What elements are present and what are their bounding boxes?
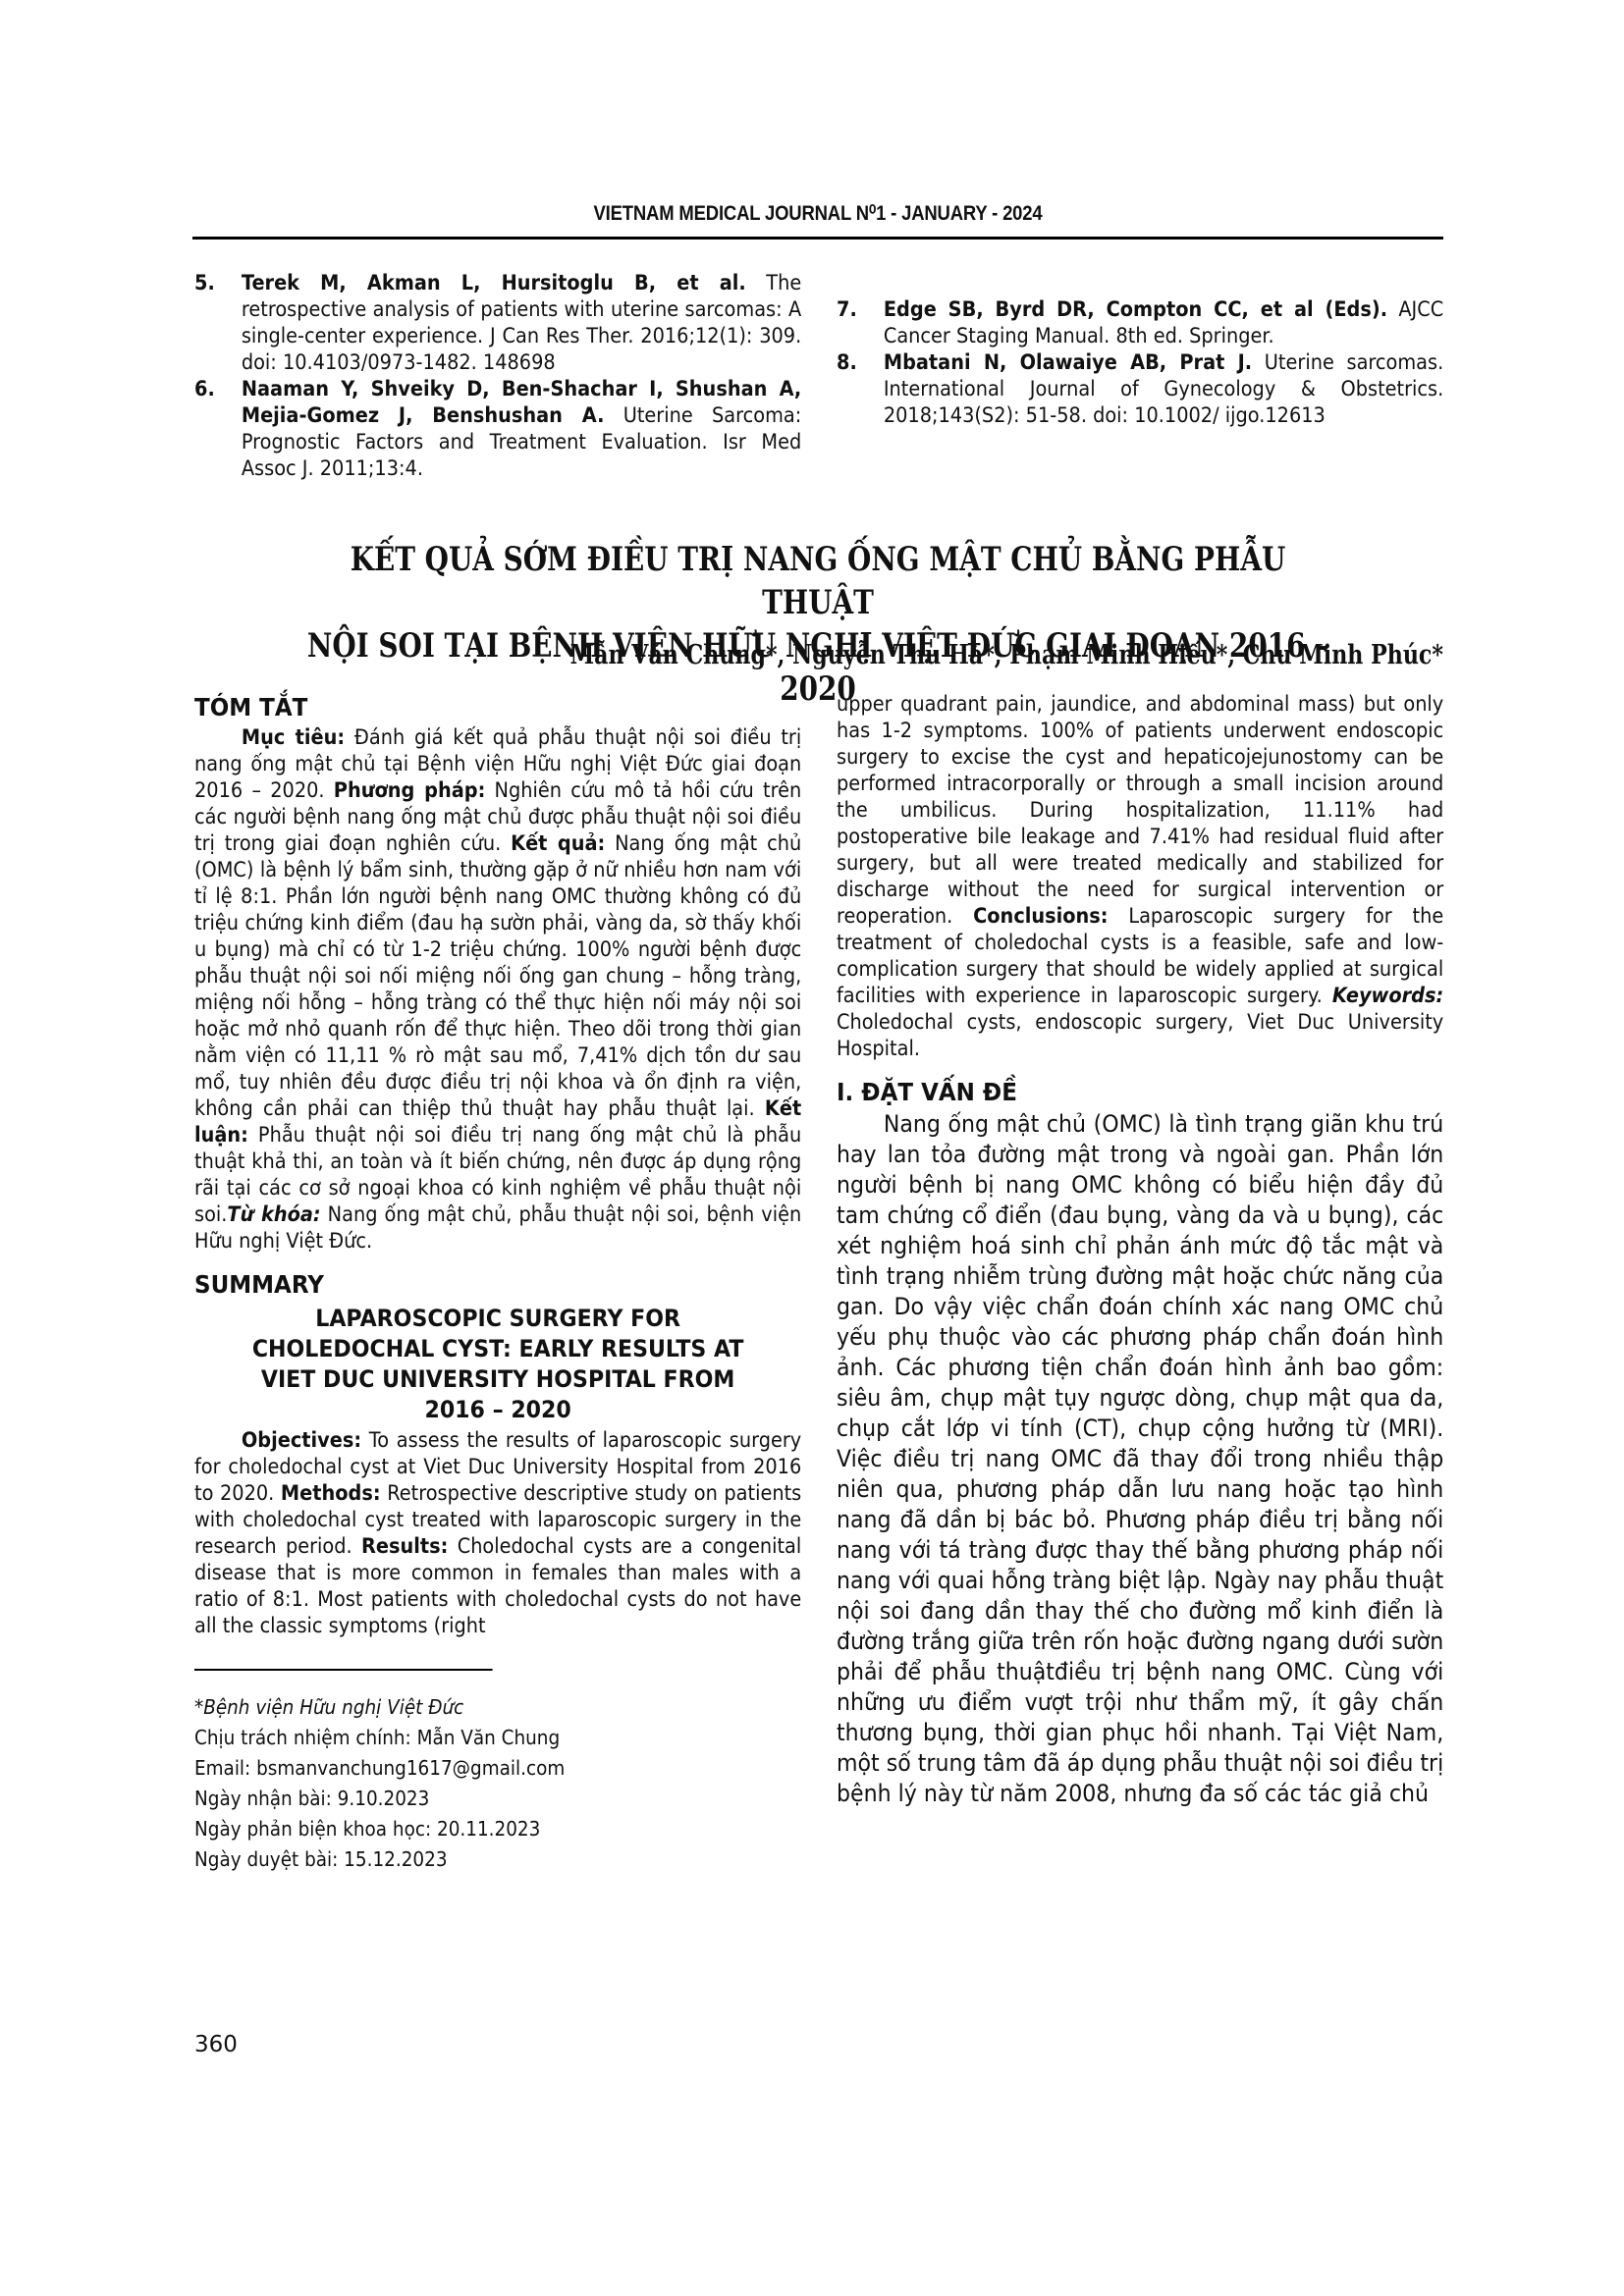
reference-item: 7. Edge SB, Byrd DR, Compton CC, et al (… [837,296,1443,349]
running-header: VIETNAM MEDICAL JOURNAL N⁰1 - JANUARY - … [267,201,1368,226]
text-result: Nang ống mật chủ (OMC) là bệnh lý bẩm si… [194,831,801,1120]
header-rule [192,237,1443,240]
reference-body: Terek M, Akman L, Hursitoglu B, et al. T… [242,270,801,376]
text-keywords-en: Choledochal cysts, endoscopic surgery, V… [837,1010,1443,1060]
article-title: KẾT QUẢ SỚM ĐIỀU TRỊ NANG ỐNG MẬT CHỦ BẰ… [305,538,1331,711]
label-methods: Methods: [281,1481,381,1505]
references-right: 7. Edge SB, Byrd DR, Compton CC, et al (… [837,296,1443,429]
abstract-vi-heading: TÓM TẮT [194,691,801,724]
footnote-accepted: Ngày duyệt bài: 15.12.2023 [194,1844,801,1875]
reference-authors: Mbatani N, Olawaiye AB, Prat J. [884,350,1252,374]
references-left: 5. Terek M, Akman L, Hursitoglu B, et al… [194,270,801,482]
reference-item: 5. Terek M, Akman L, Hursitoglu B, et al… [194,270,801,376]
footnote: *Bệnh viện Hữu nghị Việt Đức Chịu trách … [194,1692,801,1875]
reference-body: Naaman Y, Shveiky D, Ben-Shachar I, Shus… [242,376,801,482]
reference-body: Edge SB, Byrd DR, Compton CC, et al (Eds… [884,296,1443,349]
label-objectives: Objectives: [242,1428,361,1452]
section-heading: I. ĐẶT VẤN ĐỀ [837,1076,1443,1109]
text-results-cont: upper quadrant pain, jaundice, and abdom… [837,692,1443,928]
label-conclusions: Conclusions: [973,904,1108,928]
article-authors: Mẫn Văn Chung*, Nguyễn Thu Hà*, Phạm Min… [417,640,1443,670]
en-title-line4: 2016 – 2020 [194,1395,801,1425]
en-title-line1: LAPAROSCOPIC SURGERY FOR [194,1304,801,1334]
label-results: Results: [361,1534,448,1558]
footnote-email[interactable]: Email: bsmanvanchung1617@gmail.com [194,1753,801,1784]
reference-item: 8. Mbatani N, Olawaiye AB, Prat J. Uteri… [837,349,1443,429]
en-title-line2: CHOLEDOCHAL CYST: EARLY RESULTS AT [194,1334,801,1364]
reference-item: 6. Naaman Y, Shveiky D, Ben-Shachar I, S… [194,376,801,482]
footnote-affiliation: *Bệnh viện Hữu nghị Việt Đức [194,1692,801,1723]
abstract-en-heading: SUMMARY [194,1268,801,1302]
right-column-inner: upper quadrant pain, jaundice, and abdom… [837,691,1443,1809]
references-left-inner: 5. Terek M, Akman L, Hursitoglu B, et al… [194,270,801,482]
abstract-en-body-part2: upper quadrant pain, jaundice, and abdom… [837,691,1443,1062]
reference-number: 5. [194,270,242,376]
footnote-responsible: Chịu trách nhiệm chính: Mẫn Văn Chung [194,1723,801,1753]
label-method: Phương pháp: [334,778,486,802]
footnote-reviewed: Ngày phản biện khoa học: 20.11.2023 [194,1814,801,1844]
reference-number: 8. [837,349,884,429]
label-keywords-en: Keywords: [1332,984,1443,1007]
label-keywords: Từ khóa: [227,1202,320,1226]
footnote-received: Ngày nhận bài: 9.10.2023 [194,1784,801,1814]
abstract-en-title: LAPAROSCOPIC SURGERY FOR CHOLEDOCHAL CYS… [194,1304,801,1425]
en-title-line3: VIET DUC UNIVERSITY HOSPITAL FROM [194,1364,801,1395]
label-objective: Mục tiêu: [242,725,345,749]
reference-authors: Edge SB, Byrd DR, Compton CC, et al (Eds… [884,297,1387,321]
section-paragraph: Nang ống mật chủ (OMC) là tình trạng giã… [837,1109,1443,1809]
label-result: Kết quả: [511,831,605,855]
left-column-inner: TÓM TẮT Mục tiêu: Đánh giá kết quả phẫu … [194,691,801,1875]
right-column: upper quadrant pain, jaundice, and abdom… [837,691,1443,1809]
reference-number: 6. [194,376,242,482]
left-column: TÓM TẮT Mục tiêu: Đánh giá kết quả phẫu … [194,691,801,1875]
reference-body: Mbatani N, Olawaiye AB, Prat J. Uterine … [884,349,1443,429]
reference-number: 7. [837,296,884,349]
abstract-vi-body: Mục tiêu: Đánh giá kết quả phẫu thuật nộ… [194,724,801,1255]
reference-authors: Terek M, Akman L, Hursitoglu B, et al. [242,271,746,294]
article-title-line1: KẾT QUẢ SỚM ĐIỀU TRỊ NANG ỐNG MẬT CHỦ BẰ… [305,538,1331,624]
references-right-inner: 7. Edge SB, Byrd DR, Compton CC, et al (… [837,296,1443,429]
footnote-rule [194,1669,493,1671]
page-number: 360 [194,2032,238,2057]
abstract-en-body-part1: Objectives: To assess the results of lap… [194,1427,801,1639]
